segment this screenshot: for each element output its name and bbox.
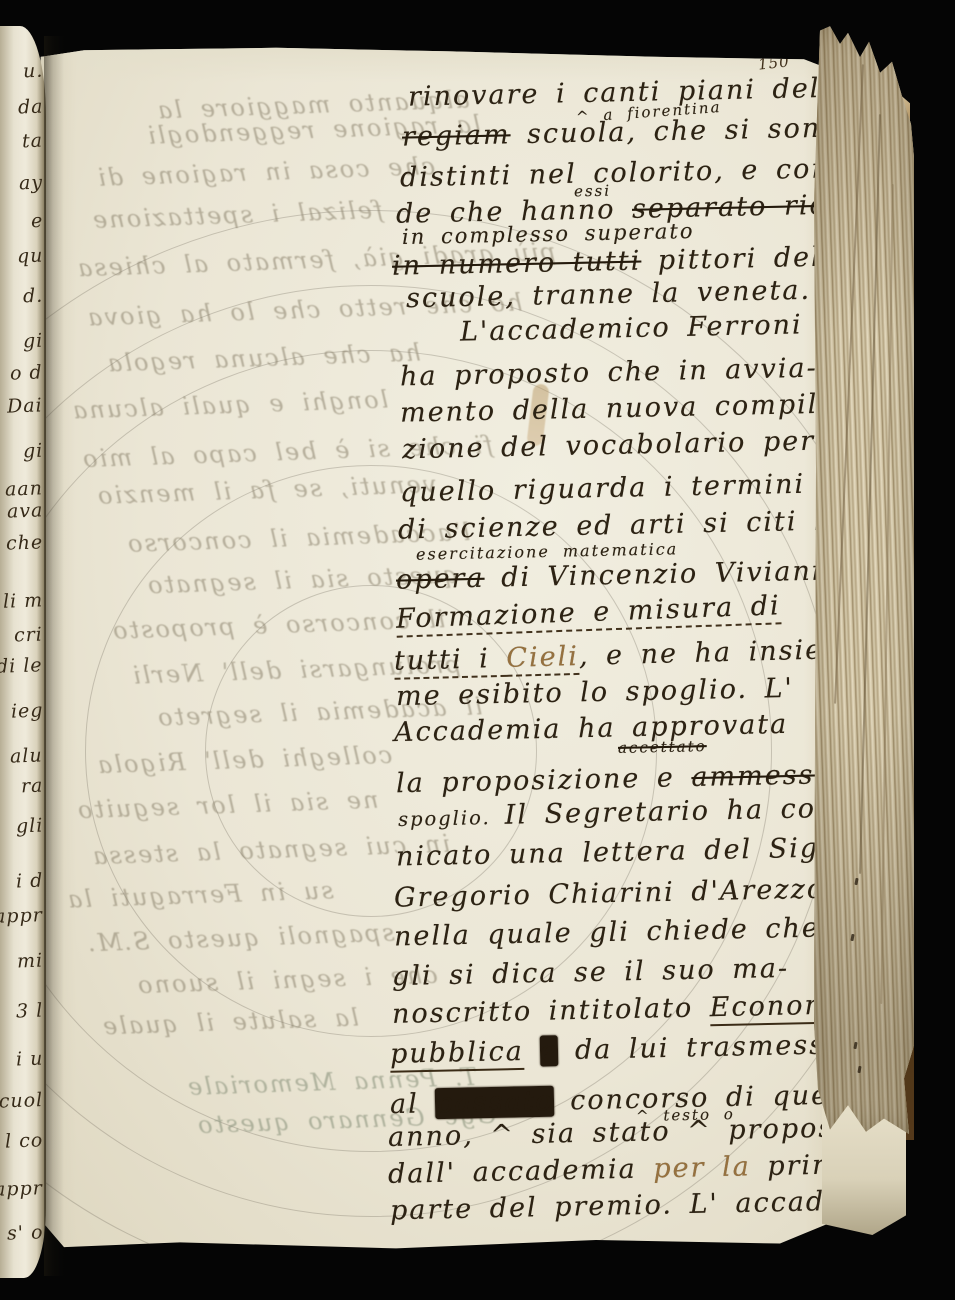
manuscript-segment: pittori delle altre xyxy=(641,239,836,276)
manuscript-segment: da lui trasmesso xyxy=(558,1029,836,1066)
left-page-text-fragment: cri xyxy=(14,624,44,647)
left-page-text-fragment: che xyxy=(6,531,44,554)
manuscript-line: di scienze ed arti si citi l' xyxy=(398,505,835,545)
manuscript-line: quello riguarda i termini xyxy=(400,469,806,508)
manuscript-line: spoglio. Il Segretario ha comu- xyxy=(398,792,836,833)
left-page-text-fragment: d. xyxy=(22,285,43,308)
left-page-text-fragment: gi xyxy=(22,440,43,463)
manuscript-line: la proposizione e ammesso cto xyxy=(396,758,836,799)
manuscript-segment: passato xyxy=(435,1086,554,1119)
showthrough-line: ha che alcuna regola xyxy=(106,339,422,378)
left-page-text-fragment: gli xyxy=(15,815,43,838)
manuscript-segment: di Vincenzio Viviani: xyxy=(484,555,834,593)
left-page-text-fragment: o d xyxy=(10,361,43,384)
showthrough-line: longhi e quali alcuna xyxy=(71,385,389,424)
manuscript-segment: nella quale gli chiede che xyxy=(394,913,820,953)
showthrough-line: felizal i spettazione xyxy=(91,196,384,234)
manuscript-segment: Gregorio Chiarini d'Arezzo, xyxy=(394,873,836,913)
manuscript-segment: spoglio. xyxy=(398,806,505,831)
manuscript-segment: Il Segretario ha comu- xyxy=(504,792,836,831)
manuscript-segment: e xyxy=(540,1035,559,1066)
manuscript-line: Formazione e misura di xyxy=(396,590,782,634)
manuscript-segment: pubblica xyxy=(390,1036,524,1073)
left-page-text-fragment: u. xyxy=(22,60,43,83)
manuscript-line: L'accademico Ferroni xyxy=(460,309,803,347)
manuscript-segment: distinti nel colorito, e conchiu- xyxy=(400,152,836,194)
left-page-text-fragment: s' o xyxy=(6,1221,43,1244)
left-page-text-fragment: di le xyxy=(0,654,43,678)
left-page-edge: u.dataayequd.gio dDaigiaanavacheli mcrid… xyxy=(0,26,46,1278)
manuscript-segment: scuola, che si sono xyxy=(510,112,836,150)
manuscript-line: dall' accademia per la prima xyxy=(388,1149,836,1190)
left-page-text-fragment: appr xyxy=(0,1177,43,1201)
manuscript-segment: Cieli xyxy=(506,641,579,677)
left-page-text-fragment: qu xyxy=(16,245,43,268)
manuscript-line: gli si dica se il suo ma- xyxy=(392,953,790,992)
manuscript-segment: ammesso cto xyxy=(691,758,836,793)
manuscript-segment: dall' accademia xyxy=(388,1153,654,1190)
manuscript-line: noscritto intitolato Economia xyxy=(392,989,836,1030)
manuscript-segment: in numero tutti xyxy=(392,246,642,282)
manuscript-segment: accettato xyxy=(618,737,707,757)
showthrough-line: che cosa in ragione di xyxy=(96,152,436,192)
manuscript-segment: parte del premio. L' accademia xyxy=(390,1185,836,1227)
left-page-text-fragment: i u xyxy=(15,1048,43,1071)
left-page-text-fragment: gi xyxy=(22,330,43,353)
fore-edge-shade xyxy=(814,24,914,1134)
manuscript-line: parte del premio. L' accademia xyxy=(390,1185,836,1227)
fore-edge-pages xyxy=(814,24,914,1134)
manuscript-line: ha proposto che in avvia- xyxy=(400,353,818,393)
manuscript-line: nella quale gli chiede che xyxy=(394,913,820,953)
left-page-text-fragment: ta xyxy=(22,130,44,153)
manuscript-line: nicato una lettera del Sig. xyxy=(396,832,830,872)
manuscript-page: alquanto maggiore lala ragione reggendog… xyxy=(36,46,836,1252)
left-page-text-fragment: ra xyxy=(20,775,43,798)
manuscript-line: Gregorio Chiarini d'Arezzo, xyxy=(394,873,836,913)
manuscript-line: tutti i Cieli, e ne ha insie- xyxy=(394,634,835,677)
manuscript-line: distinti nel colorito, e conchiu- xyxy=(400,152,836,194)
manuscript-segment: , e ne ha insie- xyxy=(579,634,835,672)
showthrough-line: ne sia il lor seguito xyxy=(76,786,379,825)
left-page-text-fragment: scuol xyxy=(0,1089,43,1113)
left-page-text-fragment: appr xyxy=(0,904,43,928)
page-number: 150 xyxy=(757,52,790,73)
left-page-text-fragment: 3 l xyxy=(15,1000,43,1023)
manuscript-segment: L'accademico Ferroni xyxy=(460,309,803,347)
showthrough-line: la salute il quale xyxy=(101,1004,360,1041)
left-page-text-fragment: li m xyxy=(2,589,43,612)
manuscript-segment: scuole, tranne la veneta. xyxy=(406,275,812,314)
manuscript-segment: noscritto intitolato xyxy=(392,992,710,1030)
manuscript-segment: quello riguarda i termini xyxy=(400,469,806,508)
left-page-text-fragment: i d xyxy=(15,870,43,893)
left-page-text-fragment: aan xyxy=(5,477,44,500)
left-page-text-fragment: ava xyxy=(6,499,43,522)
left-page-text-fragment: Dai xyxy=(7,394,43,417)
left-page-text-fragment: e xyxy=(30,210,43,232)
manuscript-segment: di scienze ed arti si citi l' xyxy=(398,505,835,545)
manuscript-line: scuole, tranne la veneta. xyxy=(406,275,812,314)
manuscript-segment: me esibito lo spoglio. L' xyxy=(396,673,795,712)
manuscript-line: accettato xyxy=(618,737,707,757)
manuscript-line: me esibito lo spoglio. L' xyxy=(396,673,795,712)
showthrough-line: spagnoli questo S.M. xyxy=(86,919,396,958)
manuscript-segment: ha proposto che in avvia- xyxy=(400,353,818,393)
showthrough-line: venuti, se fa il menzio xyxy=(96,470,437,510)
left-page-text-fragment: ieg xyxy=(10,699,43,722)
manuscript-segment: regiam xyxy=(402,119,511,152)
manuscript-segment: opera xyxy=(396,563,485,596)
book-photo: u.dataayequd.gio dDaigiaanavacheli mcrid… xyxy=(0,0,955,1300)
left-page-text-fragment: alu xyxy=(10,744,43,767)
showthrough-line: colleghi dell' Rigola xyxy=(96,741,393,779)
manuscript-line: pubblica e da lui trasmesso xyxy=(390,1029,836,1069)
manuscript-segment: Formazione e misura di xyxy=(396,590,782,637)
manuscript-segment: tutti i xyxy=(394,643,507,680)
manuscript-segment: per la xyxy=(653,1151,751,1184)
manuscript-segment: la proposizione e xyxy=(396,762,692,799)
left-page-text-fragment: mi xyxy=(17,950,44,973)
manuscript-segment: al xyxy=(390,1088,436,1120)
manuscript-segment xyxy=(523,1036,540,1067)
left-page-text-fragment: ay xyxy=(19,172,44,195)
manuscript-segment: nicato una lettera del Sig. xyxy=(396,832,830,872)
showthrough-line: su in Ferraguti la xyxy=(66,876,335,913)
manuscript-segment: mento della nuova compila- xyxy=(400,388,836,428)
manuscript-line: mento della nuova compila- xyxy=(400,388,836,428)
manuscript-segment: gli si dica se il suo ma- xyxy=(392,953,790,992)
left-page-text-fragment: da xyxy=(17,96,43,119)
left-page-text-fragment: l co xyxy=(4,1129,43,1152)
